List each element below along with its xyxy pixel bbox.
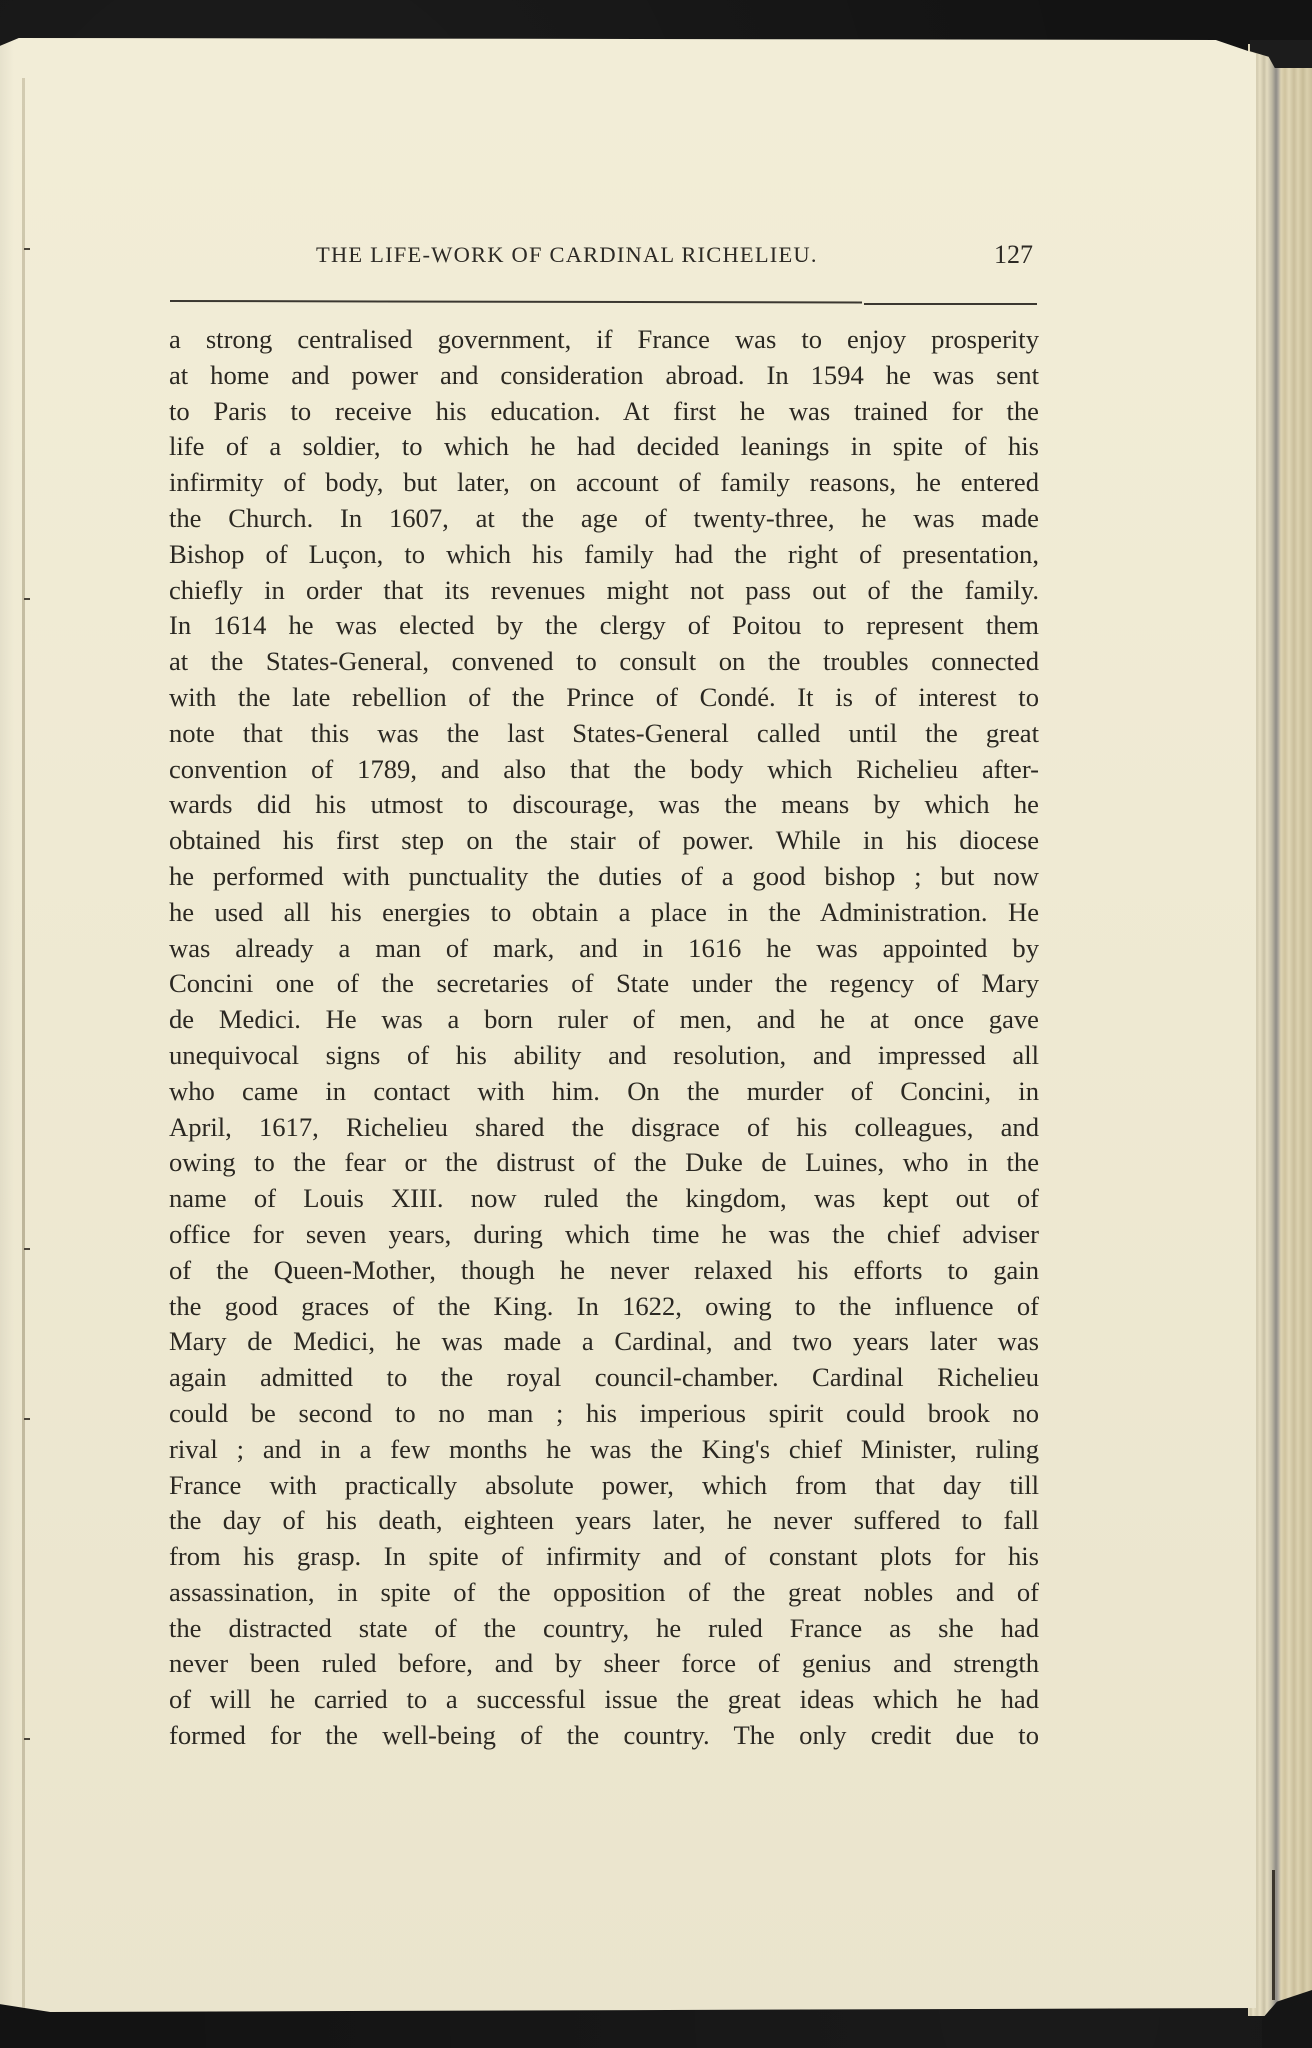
text-line: of the Queen-Mother, though he never rel… [169,1253,1039,1289]
text-line: to Paris to receive his education. At fi… [169,394,1039,430]
header-rule-segment [864,303,1037,305]
page-stack-shadow [1272,1870,1275,2000]
gutter-mark [24,598,30,600]
text-line: formed for the well-being of the country… [169,1718,1039,1754]
text-line: wards did his utmost to discourage, was … [169,787,1039,823]
text-line: was already a man of mark, and in 1616 h… [169,931,1039,967]
gutter-mark [24,248,30,250]
gutter-mark [24,1248,30,1250]
text-line: again admitted to the royal council-cham… [169,1360,1039,1396]
text-line: April, 1617, Richelieu shared the disgra… [169,1110,1039,1146]
text-line: the Church. In 1607, at the age of twent… [169,501,1039,537]
text-line: could be second to no man ; his imperiou… [169,1396,1039,1432]
text-line: unequivocal signs of his ability and res… [169,1038,1039,1074]
text-line: he performed with punctuality the duties… [169,859,1039,895]
text-line: the good graces of the King. In 1622, ow… [169,1289,1039,1325]
text-line: never been ruled before, and by sheer fo… [169,1646,1039,1682]
text-line: Mary de Medici, he was made a Cardinal, … [169,1324,1039,1360]
text-line: name of Louis XIII. now ruled the kingdo… [169,1181,1039,1217]
text-line: with the late rebellion of the Prince of… [169,680,1039,716]
text-line: at the States-General, convened to consu… [169,644,1039,680]
header-rule [170,300,1037,302]
text-line: from his grasp. In spite of infirmity an… [169,1539,1039,1575]
text-line: office for seven years, during which tim… [169,1217,1039,1253]
text-line: a strong centralised government, if Fran… [169,322,1039,358]
text-line: he used all his energies to obtain a pla… [169,895,1039,931]
text-line: Concini one of the secretaries of State … [169,966,1039,1002]
text-line: In 1614 he was elected by the clergy of … [169,608,1039,644]
page-stack-edges [1248,44,1312,2016]
text-line: owing to the fear or the distrust of the… [169,1145,1039,1181]
text-line: de Medici. He was a born ruler of men, a… [169,1002,1039,1038]
running-header-title: THE LIFE-WORK OF CARDINAL RICHELIEU. [316,242,818,268]
gutter-fold-line [22,78,25,2008]
gutter-mark [24,1738,30,1740]
text-line: assassination, in spite of the oppositio… [169,1575,1039,1611]
running-header: THE LIFE-WORK OF CARDINAL RICHELIEU. 127 [170,236,1037,276]
text-line: Bishop of Luçon, to which his family had… [169,537,1039,573]
text-line: rival ; and in a few months he was the K… [169,1432,1039,1468]
text-line: convention of 1789, and also that the bo… [169,752,1039,788]
text-line: at home and power and consideration abro… [169,358,1039,394]
text-line: who came in contact with him. On the mur… [169,1074,1039,1110]
text-line: the distracted state of the country, he … [169,1611,1039,1647]
text-line: chiefly in order that its revenues might… [169,573,1039,609]
text-line: of will he carried to a successful issue… [169,1682,1039,1718]
text-line: obtained his first step on the stair of … [169,823,1039,859]
page-number: 127 [994,240,1033,270]
text-line: the day of his death, eighteen years lat… [169,1503,1039,1539]
text-line: infirmity of body, but later, on account… [169,465,1039,501]
text-line: life of a soldier, to which he had decid… [169,429,1039,465]
gutter-mark [24,1418,30,1420]
text-line: France with practically absolute power, … [169,1468,1039,1504]
text-line: note that this was the last States-Gener… [169,716,1039,752]
body-text: a strong centralised government, if Fran… [169,322,1039,1754]
